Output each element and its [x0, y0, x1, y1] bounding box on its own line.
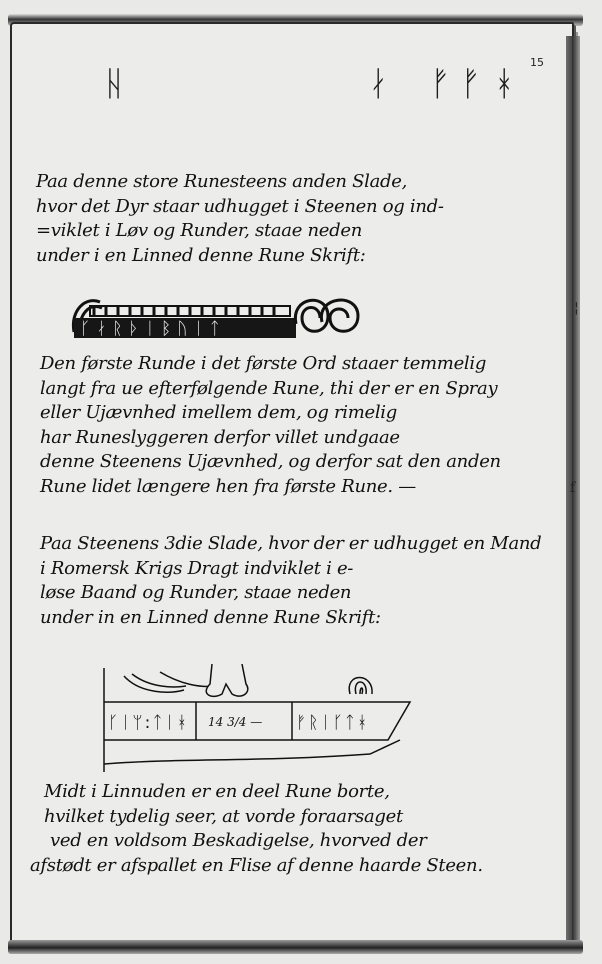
paragraph-3: Paa Steenens 3die Slade, hvor der er udh…	[40, 532, 541, 630]
margin-mark-2: f	[570, 480, 575, 496]
rune-band-sketch-2: ᚴᛁᛘ:ᛏᛁᚼ 14 3/4 — ᚠᚱᛁᚴᛏᚼ	[100, 664, 430, 772]
paragraph-2: Den første Runde i det første Ord staaer…	[40, 352, 501, 499]
header-rune-2: ᛅ	[368, 64, 398, 104]
p4-line-2: hvilket tydelig seer, at vorde foraarsag…	[30, 805, 483, 830]
header-rune-4: ᚼ	[494, 64, 524, 104]
p4-line-3: ved en voldsom Beskadigelse, hvorved der	[30, 829, 483, 854]
p2-line-4: har Runeslyggeren derfor villet undgaae	[40, 426, 501, 451]
p2-line-1: Den første Runde i det første Ord staaer…	[40, 352, 501, 377]
paragraph-1: Paa denne store Runesteens anden Slade, …	[36, 170, 444, 268]
p1-line-4: under i en Linned denne Rune Skrift:	[36, 244, 444, 269]
header-rune-3: ᚠᚠ	[430, 64, 491, 104]
sketch-2-measurement: 14 3/4 —	[208, 715, 262, 729]
p1-line-1: Paa denne store Runesteens anden Slade,	[36, 170, 444, 195]
header-rune-1: ᚺ	[104, 64, 134, 104]
rune-band-sketch-1: ᚴᛅᚱᚦᛁᛒᚢᛁᛏ	[66, 292, 366, 340]
sketch-2-runes-right: ᚠᚱᛁᚴᛏᚼ	[296, 713, 369, 733]
p2-line-2: langt fra ue efterfølgende Rune, thi der…	[40, 377, 501, 402]
p1-line-3: =viklet i Løv og Runder, staae neden	[36, 219, 444, 244]
sketch-2-runes-left: ᚴᛁᛘ:ᛏᛁᚼ	[108, 713, 189, 733]
p1-line-2: hvor det Dyr staar udhugget i Steenen og…	[36, 195, 444, 220]
page-edge-bottom	[8, 940, 583, 954]
paragraph-4: Midt i Linnuden er en deel Rune borte, h…	[30, 780, 483, 878]
p4-line-1: Midt i Linnuden er en deel Rune borte,	[30, 780, 483, 805]
p4-line-4: afstødt er afspallet en Flise af denne h…	[30, 854, 483, 879]
p3-line-4: under in en Linned denne Rune Skrift:	[40, 606, 541, 631]
page-number: 15	[530, 56, 544, 69]
p2-line-6: Rune lidet længere hen fra første Rune. …	[40, 475, 501, 500]
p3-line-1: Paa Steenens 3die Slade, hvor der er udh…	[40, 532, 541, 557]
margin-mark-1: ¦	[574, 300, 579, 316]
sketch-1-runes: ᚴᛅᚱᚦᛁᛒᚢᛁᛏ	[80, 319, 226, 339]
p2-line-3: eller Ujævnhed imellem dem, og rimelig	[40, 401, 501, 426]
p3-line-3: løse Baand og Runder, staae neden	[40, 581, 541, 606]
p2-line-5: denne Steenens Ujævnhed, og derfor sat d…	[40, 450, 501, 475]
p3-line-2: i Romersk Krigs Dragt indviklet i e-	[40, 557, 541, 582]
